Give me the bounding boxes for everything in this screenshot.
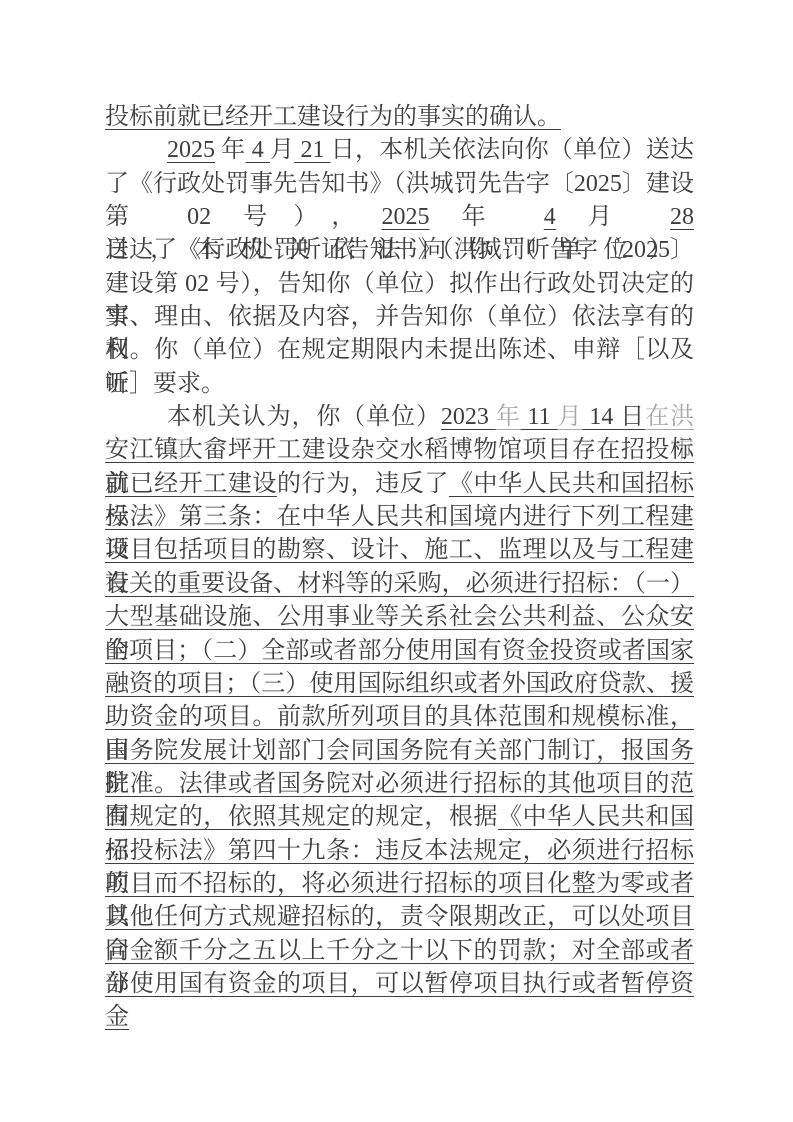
text-line: 2025 年 4 月 21 日，本机关依法向你（单位）送达 (105, 134, 694, 167)
underlined-text-segment: 2025 (382, 204, 430, 230)
text-segment: 证］要求。 (105, 371, 225, 397)
text-line: 有关的重要设备、材料等的采购，必须进行招标：（一） (105, 568, 694, 601)
text-line: 投标前就已经开工建设行为的事实的确认。 (105, 101, 694, 134)
text-line: 建设第 02 号），告知你（单位）拟作出行政处罚决定的事 (105, 268, 694, 301)
text-segment: 的规定，根据 (351, 804, 498, 830)
text-line: 标投标法》第四十九条：违反本法规定，必须进行招标的 (105, 835, 694, 868)
text-segment: 的行为，违反了 (277, 471, 449, 497)
underlined-text-segment: 14 (582, 404, 620, 430)
underlined-text-segment: 分使用国有资金的项目，可以暂停项目执行或者暂停资金 (105, 971, 694, 1030)
text-line: 项目而不招标的，将必须进行招标的项目化整为零或者以 (105, 868, 694, 901)
text-line: 了《行政处罚事先告知书》（洪城罚先告字〔2025〕建设 (105, 168, 694, 201)
text-segment: 第 02 号）， (105, 204, 382, 230)
text-line: 利。你（单位）在规定期限内未提出陈述、申辩［以及听 (105, 334, 694, 367)
text-line: 本机关认为，你（单位）2023 年 11 月 14 日在洪江市 (105, 401, 694, 434)
text-line: 项目包括项目的勘察、设计、施工、监理以及与工程建设 (105, 534, 694, 567)
text-line: 就已经开工建设的行为，违反了《中华人民共和国招标投 (105, 468, 694, 501)
underlined-text-segment: 年 (496, 404, 521, 430)
underlined-text-segment: 4 (544, 204, 556, 230)
underlined-text-segment: 就已经开工建设 (105, 471, 277, 497)
text-line: 的项目；（二）全部或者部分使用国有资金投资或者国家 (105, 635, 694, 668)
text-line: 有规定的，依照其规定的规定，根据《中华人民共和国招 (105, 801, 694, 834)
document-page: 投标前就已经开工建设行为的事实的确认。2025 年 4 月 21 日，本机关依法… (0, 0, 793, 1122)
underlined-text-segment: 2023 (441, 404, 496, 430)
text-line: 证］要求。 (105, 368, 694, 401)
underlined-text-segment: 2025 (167, 137, 215, 163)
text-segment: 月 (556, 204, 670, 230)
underlined-text-segment: 11 (521, 404, 558, 430)
text-line: 融资的项目；（三）使用国际组织或者外国政府贷款、援 (105, 668, 694, 701)
text-segment: 月 (270, 137, 294, 163)
underlined-text-segment: 的项目；（二）全部或者部分使用国有资金投资或者国家 (105, 638, 694, 664)
text-line: 实、理由、依据及内容，并告知你（单位）依法享有的权 (105, 301, 694, 334)
text-segment: 本机关认为，你（单位） (167, 404, 441, 430)
underlined-text-segment: 28 (670, 204, 694, 230)
text-segment: 了《行政处罚事先告知书》（洪城罚先告字〔2025〕建设 (105, 171, 694, 197)
underlined-text-segment: 有规定的，依照其规定 (105, 804, 351, 830)
text-line: 助资金的项目。前款所列项目的具体范围和规模标准，由 (105, 701, 694, 734)
text-line: 第 02 号），2025 年 4 月 28 日，本机关依法向你（单位） (105, 201, 694, 234)
underlined-text-segment: 日 (620, 404, 645, 430)
text-line: 其他任何方式规避招标的，责令限期改正，可以处项目合 (105, 901, 694, 934)
underlined-text-segment: 有关的重要设备、材料等的采购，必须进行招标：（一） (105, 571, 694, 597)
text-segment: 日，本机关依法向你（单位）送达 (331, 137, 694, 163)
text-line: 送达了《行政处罚听证告知书》（洪城罚听告字〔2025〕 (105, 234, 694, 267)
underlined-text-segment: 融资的项目；（三）使用国际组织或者外国政府贷款、援 (105, 671, 694, 697)
text-line: 同金额千分之五以上千分之十以下的罚款；对全部或者部 (105, 935, 694, 968)
text-line: 国务院发展计划部门会同国务院有关部门制订，报国务院 (105, 735, 694, 768)
underlined-text-segment: 投标前就已经开工建设行为的事实的确认。 (105, 104, 561, 130)
text-block: 投标前就已经开工建设行为的事实的确认。2025 年 4 月 21 日，本机关依法… (105, 101, 694, 1001)
text-segment: 送达了《行政处罚听证告知书》（洪城罚听告字〔2025〕 (105, 237, 694, 263)
text-segment: 年 (430, 204, 544, 230)
text-line: 标法》第三条：在中华人民共和国境内进行下列工程建设 (105, 501, 694, 534)
text-line: 批准。法律或者国务院对必须进行招标的其他项目的范围 (105, 768, 694, 801)
text-line: 大型基础设施、公用事业等关系社会公共利益、公众安全 (105, 601, 694, 634)
underlined-text-segment: 月 (558, 404, 583, 430)
underlined-text-segment: 21 (294, 137, 330, 163)
underlined-text-segment: 4 (245, 137, 269, 163)
text-line: 安江镇大畲坪开工建设杂交水稻博物馆项目存在招投标前 (105, 434, 694, 467)
text-segment: 年 (215, 137, 245, 163)
text-line: 分使用国有资金的项目，可以暂停项目执行或者暂停资金 (105, 968, 694, 1001)
